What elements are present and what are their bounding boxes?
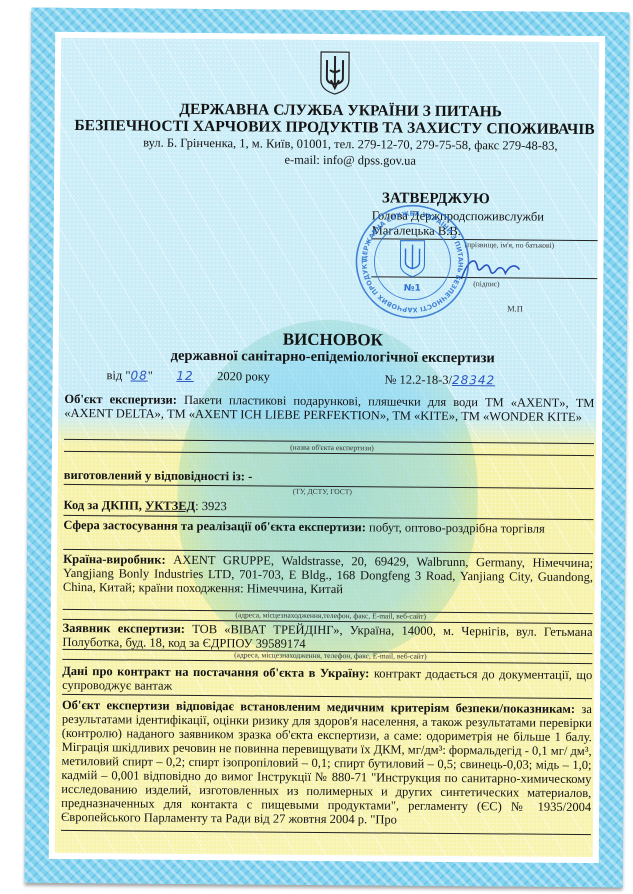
field-manufacturer: Країна-виробник: AXENT GRUPPE, Waldstras… — [63, 552, 593, 598]
organization-email: e-mail: info@ dpss.gov.ua — [90, 151, 599, 170]
field-applicant: Заявник експертизи: ТОВ «ВІВАТ ТРЕЙДІНГ»… — [62, 621, 592, 653]
signature-caption: (підпис) — [473, 279, 499, 288]
document-date: від "08" 12 2020 року — [106, 368, 270, 384]
field-code: Код за ДКПП, УКТЗЕД: 3923 — [63, 498, 593, 516]
trident-emblem-icon — [319, 50, 351, 96]
date-month: 12 — [156, 369, 214, 383]
field-scope: Сфера застосування та реалізації об'єкта… — [63, 518, 593, 536]
standard-caption: (ТУ, ДСТУ, ГОСТ) — [293, 487, 352, 496]
document-subtitle: державної санітарно-епідеміологічної екс… — [59, 347, 600, 368]
document-page: ДЕРЖАВНА СЛУЖБА УКРАЇНИ З ПИТАНЬ БЕЗПЕЧН… — [55, 38, 599, 857]
field-standard: виготовлений у відповідності із: - — [64, 468, 594, 486]
official-stamp-icon: ДЕРЖАВНА СЛУЖБА УКРАЇНИ З ПИТАНЬ БЕЗПЕЧН… — [353, 202, 472, 321]
name-caption: (прізвище, ім'я, по батькові) — [465, 240, 555, 250]
svg-text:№1: №1 — [404, 284, 421, 294]
divider — [61, 830, 591, 835]
date-day: 08 — [130, 368, 147, 382]
field-contract: Дані про контракт на постачання об'єкта … — [62, 664, 592, 696]
seal-caption: М.П — [507, 303, 523, 313]
number-handwritten: 28342 — [452, 373, 508, 387]
field-compliance: Об'єкт експертизи відповідає встановлени… — [61, 698, 592, 828]
field-object: Об'єкт експертизи: Пакети пластикові под… — [64, 392, 594, 424]
document-number: № 12.2-18-3/28342 — [384, 372, 508, 388]
certificate-sheet: ДЕРЖАВНА СЛУЖБА УКРАЇНИ З ПИТАНЬ БЕЗПЕЧН… — [25, 8, 630, 888]
